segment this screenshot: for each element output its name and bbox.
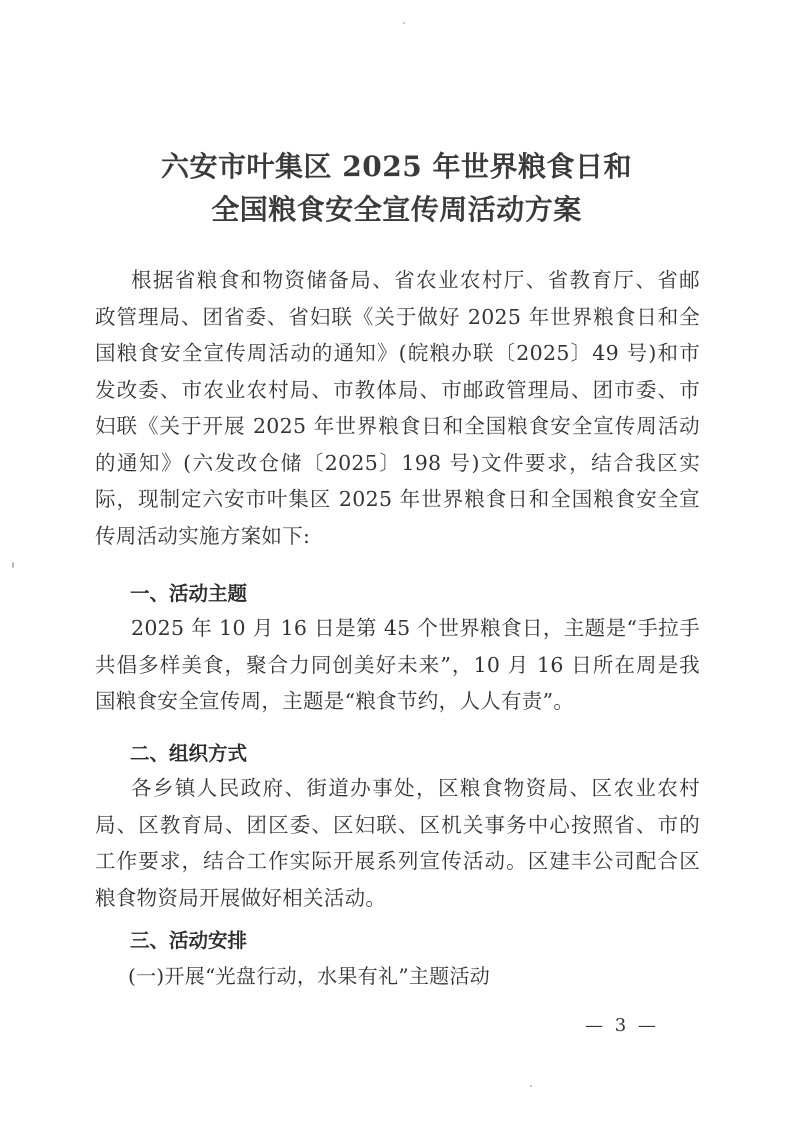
intro-line: 际，现制定六安市叶集区 2025 年世界粮食日和全国粮食安全宣	[95, 481, 700, 518]
intro-line: 的通知》(六发改仓储〔2025〕198 号)文件要求，结合我区实	[95, 445, 700, 482]
document-title-line-2: 全国粮食安全宣传周活动方案	[0, 188, 793, 228]
section-heading-arrangements: 三、活动安排	[130, 925, 247, 953]
theme-paragraph: 2025 年 10 月 16 日是第 45 个世界粮食日，主题是“手拉手 共倡多…	[95, 610, 700, 720]
intro-line: 国粮食安全宣传周活动的通知》(皖粮办联〔2025〕49 号)和市	[95, 335, 700, 372]
organization-paragraph: 各乡镇人民政府、街道办事处，区粮食物资局、区农业农村 局、区教育局、团区委、区妇…	[95, 770, 700, 916]
intro-line: 发改委、市农业农村局、市教体局、市邮政管理局、团市委、市	[95, 372, 700, 409]
theme-line: 2025 年 10 月 16 日是第 45 个世界粮食日，主题是“手拉手	[95, 610, 700, 647]
scan-speck	[530, 1085, 532, 1087]
intro-line: 政管理局、团省委、省妇联《关于做好 2025 年世界粮食日和全	[95, 299, 700, 336]
theme-line: 共倡多样美食，聚合力同创美好未来”，10 月 16 日所在周是我	[95, 647, 700, 684]
intro-paragraph: 根据省粮食和物资储备局、省农业农村厅、省教育厅、省邮 政管理局、团省委、省妇联《…	[95, 262, 700, 554]
page-number: — 3 —	[585, 1015, 659, 1036]
section-heading-organization: 二、组织方式	[130, 738, 247, 766]
organization-line: 工作要求，结合工作实际开展系列宣传活动。区建丰公司配合区	[95, 843, 700, 880]
intro-line: 妇联《关于开展 2025 年世界粮食日和全国粮食安全宣传周活动	[95, 408, 700, 445]
intro-line: 根据省粮食和物资储备局、省农业农村厅、省教育厅、省邮	[95, 262, 700, 299]
subsection-heading: (一)开展“光盘行动，水果有礼”主题活动	[128, 960, 490, 989]
document-page: 六安市叶集区 2025 年世界粮食日和 全国粮食安全宣传周活动方案 根据省粮食和…	[0, 0, 793, 1122]
section-heading-theme: 一、活动主题	[130, 578, 247, 606]
document-title-line-1: 六安市叶集区 2025 年世界粮食日和	[0, 145, 793, 185]
scan-speck	[403, 22, 405, 24]
organization-line: 局、区教育局、团区委、区妇联、区机关事务中心按照省、市的	[95, 807, 700, 844]
scan-speck	[12, 562, 14, 568]
organization-line: 各乡镇人民政府、街道办事处，区粮食物资局、区农业农村	[95, 770, 700, 807]
theme-line: 国粮食安全宣传周，主题是“粮食节约，人人有责”。	[95, 683, 700, 720]
intro-line: 传周活动实施方案如下:	[95, 518, 700, 555]
organization-line: 粮食物资局开展做好相关活动。	[95, 880, 700, 917]
